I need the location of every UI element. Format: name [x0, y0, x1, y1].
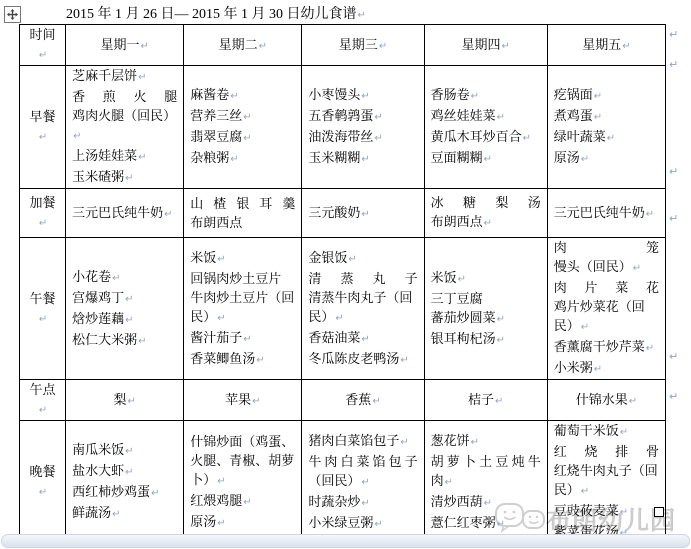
- dish-text: 慢头（回民）: [554, 259, 632, 274]
- menu-cell[interactable]: 芝麻千层饼↵香煎火腿鸡肉火腿（回民）↵上汤娃娃菜↵玉米碴粥↵: [66, 66, 184, 189]
- dish-line: 鸡丝娃娃菜↵: [431, 106, 541, 127]
- paragraph-mark: ↵: [619, 427, 628, 438]
- paragraph-mark: ↵: [38, 132, 47, 143]
- paragraph-mark: ↵: [621, 41, 630, 52]
- paragraph-mark: ↵: [242, 334, 251, 345]
- dish-line: 回锅肉炒土豆片: [190, 269, 295, 288]
- paragraph-mark: ↵: [38, 218, 47, 229]
- paragraph-mark: ↵: [483, 498, 492, 509]
- dish-text: 疙锅面: [554, 87, 593, 102]
- dish-text: （回民）: [308, 473, 360, 488]
- dish-line: 星期五↵: [554, 35, 659, 56]
- page-title: 2015 年 1 月 26 日— 2015 年 1 月 30 日幼儿食谱: [66, 7, 357, 22]
- paragraph-mark: ↵: [347, 254, 356, 265]
- dish-line: 什锦水果↵: [554, 390, 659, 411]
- dish-text: 原汤: [190, 514, 216, 529]
- paragraph-mark: ↵: [124, 446, 133, 457]
- dish-line: 杂粮粥↵: [190, 148, 295, 169]
- paragraph-mark: ↵: [38, 50, 47, 61]
- paragraph-mark: ↵: [371, 396, 380, 407]
- paragraph-mark: ↵: [360, 154, 369, 165]
- dish-line: 星期四↵: [431, 35, 541, 56]
- paragraph-mark: ↵: [150, 488, 159, 499]
- dish-text: 早餐: [30, 109, 56, 124]
- dish-line: 胡萝卜土豆炖牛: [431, 452, 541, 471]
- paragraph-mark: ↵: [251, 396, 260, 407]
- dish-text: 翡翠豆腐: [190, 129, 242, 144]
- dish-text: 星期四: [461, 37, 500, 52]
- menu-cell[interactable]: 米饭↵回锅肉炒土豆片牛肉炒土豆片（回民）↵酱汁茄子↵香菜鲫鱼汤↵: [184, 238, 302, 380]
- dish-text: 苹果: [225, 392, 251, 407]
- dish-text: 杂粮粥: [190, 150, 229, 165]
- dish-line: 猪肉白菜馅包子↵: [308, 431, 417, 452]
- dish-line: 鸡片炒菜花（回: [554, 297, 659, 316]
- dish-text: 时间: [30, 27, 56, 42]
- dish-line: 香蕉↵: [308, 390, 417, 411]
- dish-line: 西红柿炒鸡蛋↵: [72, 482, 177, 503]
- dish-text: 盐水大虾: [72, 463, 124, 478]
- dish-line: 薏仁红枣粥↵: [431, 513, 541, 534]
- dish-line: 三元巴氏纯牛奶↵: [554, 203, 659, 224]
- dish-text: 香蕉: [345, 392, 371, 407]
- dish-text: 米饭: [431, 270, 457, 285]
- dish-text: 三元巴氏纯牛奶: [72, 205, 163, 220]
- dish-text: 玉米碴粥: [72, 169, 124, 184]
- dish-line: 小米粥↵: [554, 358, 659, 379]
- document-page: 2015 年 1 月 26 日— 2015 年 1 月 30 日幼儿食谱↵ 时间…: [0, 0, 691, 549]
- dish-text: 肉片菜花: [554, 280, 659, 295]
- paragraph-mark: ↵: [38, 487, 47, 498]
- dish-text: 什锦炒面（鸡蛋、: [190, 434, 294, 449]
- paragraph-mark: ↵: [357, 10, 366, 21]
- dish-line: 五香鹌鹑蛋↵: [308, 106, 417, 127]
- dish-text: 什锦水果: [576, 392, 628, 407]
- dish-text: 星期二: [219, 37, 258, 52]
- dish-text: 牛肉白菜馅包子: [308, 454, 417, 469]
- dish-line: 小枣馒头↵: [308, 85, 417, 106]
- paragraph-mark: ↵: [360, 477, 369, 488]
- dish-text: 三元酸奶: [308, 205, 360, 220]
- dish-line: 牛肉白菜馅包子: [308, 452, 417, 471]
- dish-line: 山楂银耳羹: [190, 194, 295, 213]
- menu-cell[interactable]: 小枣馒头↵五香鹌鹑蛋↵油泼海带丝↵玉米糊糊↵: [302, 66, 424, 189]
- meal-label[interactable]: 加餐↵: [20, 189, 66, 238]
- dish-line: 宫爆鸡丁↵: [72, 288, 177, 309]
- dish-text: 猪肉白菜馅包子: [308, 433, 399, 448]
- dish-line: 松仁大米粥↵: [72, 330, 177, 351]
- day-header[interactable]: 星期一↵: [66, 25, 184, 66]
- paragraph-mark: ↵: [216, 313, 225, 324]
- paragraph-mark: ↵: [38, 405, 47, 416]
- dish-line: 原汤↵: [190, 512, 295, 533]
- menu-cell[interactable]: 葡萄干米饭↵红烧排骨红烧牛肉丸子（回民）↵豆豉莜麦菜↵紫菜蛋花汤↵: [547, 421, 665, 544]
- paragraph-mark: ↵: [494, 396, 503, 407]
- dish-line: 蕃茄炒圆菜↵: [431, 308, 541, 329]
- menu-cell[interactable]: 金银饭↵清蒸丸子清蒸牛肉丸子（回民）↵香菇油菜↵冬瓜陈皮老鸭汤↵: [302, 238, 424, 380]
- menu-table-body: 时间↵星期一↵星期二↵星期三↵星期四↵星期五↵早餐↵芝麻千层饼↵香煎火腿鸡肉火腿…: [20, 25, 666, 544]
- dish-text: 回锅肉炒土豆片: [190, 271, 281, 286]
- dish-line: 葡萄干米饭↵: [554, 421, 659, 442]
- dish-line: 民）↵: [308, 307, 417, 328]
- paragraph-mark: ↵: [111, 273, 120, 284]
- dish-line: 香菜鲫鱼汤↵: [190, 349, 295, 370]
- dish-text: 梨: [113, 392, 126, 407]
- dish-line: 香菇油菜↵: [308, 328, 417, 349]
- dish-line: 红煨鸡腿↵: [190, 491, 295, 512]
- dish-text: 牛肉炒土豆片（回: [190, 290, 294, 305]
- table-move-handle[interactable]: [4, 6, 21, 23]
- dish-line: （回民）↵: [308, 471, 417, 492]
- paragraph-mark: ↵: [483, 218, 492, 229]
- time-header[interactable]: 时间↵: [20, 25, 66, 66]
- document-title-line: 2015 年 1 月 26 日— 2015 年 1 月 30 日幼儿食谱↵: [66, 3, 366, 23]
- dish-line: 芝麻千层饼↵: [72, 66, 177, 87]
- row-end-mark: ↵: [669, 212, 678, 225]
- dish-text: 午点: [30, 382, 56, 397]
- dish-line: 肉↵: [431, 471, 541, 492]
- dish-text: 民）: [554, 482, 580, 497]
- dish-line: 豆面糊糊↵: [431, 148, 541, 169]
- dish-text: 肉笼: [554, 240, 659, 255]
- dish-text: 肉: [431, 473, 444, 488]
- dish-line: 银耳枸杞汤↵: [431, 329, 541, 350]
- dish-text: 时蔬杂炒: [308, 494, 360, 509]
- dish-text: 红烧排骨: [554, 444, 659, 459]
- dish-text: 鸡片炒菜花（回: [554, 299, 645, 314]
- dish-line: 时蔬杂炒↵: [308, 492, 417, 513]
- menu-cell[interactable]: 梨↵: [66, 380, 184, 421]
- dish-line: 三丁豆腐: [431, 289, 541, 308]
- dish-text: 原汤: [554, 150, 580, 165]
- menu-cell[interactable]: 葱花饼↵胡萝卜土豆炖牛肉↵清炒西葫↵薏仁红枣粥↵: [424, 421, 547, 544]
- dish-line: 晚餐↵: [26, 462, 59, 502]
- dish-line: 南瓜米饭↵: [72, 440, 177, 461]
- dish-text: 三丁豆腐: [431, 291, 483, 306]
- dish-line: 玉米碴粥↵: [72, 167, 177, 188]
- dish-line: 米饭↵: [190, 248, 295, 269]
- paragraph-mark: ↵: [373, 112, 382, 123]
- dish-line: 疙锅面↵: [554, 85, 659, 106]
- dish-text: 胡萝卜土豆炖牛: [431, 454, 541, 469]
- dish-text: 加餐: [30, 195, 56, 210]
- dish-line: 酱汁茄子↵: [190, 328, 295, 349]
- dish-line: 民）↵: [554, 480, 659, 501]
- menu-cell[interactable]: 三元酸奶↵: [302, 189, 424, 238]
- dish-line: 加餐↵: [26, 193, 59, 233]
- paragraph-mark: ↵: [496, 335, 505, 346]
- dish-text: 蕃茄炒圆菜: [431, 310, 496, 325]
- dish-text: 桔子: [468, 392, 494, 407]
- dish-text: 酱汁茄子: [190, 330, 242, 345]
- dish-line: 翡翠豆腐↵: [190, 127, 295, 148]
- day-header[interactable]: 星期二↵: [184, 25, 302, 66]
- paragraph-mark: ↵: [242, 497, 251, 508]
- paragraph-mark: ↵: [645, 209, 654, 220]
- paragraph-mark: ↵: [360, 91, 369, 102]
- dish-line: 布朗西点↵: [431, 212, 541, 233]
- paragraph-mark: ↵: [360, 209, 369, 220]
- dish-line: 盐水大虾↵: [72, 461, 177, 482]
- dish-text: 布朗西点: [190, 215, 242, 230]
- meal-label[interactable]: 午餐↵: [20, 238, 66, 380]
- menu-table: 时间↵星期一↵星期二↵星期三↵星期四↵星期五↵早餐↵芝麻千层饼↵香煎火腿鸡肉火腿…: [19, 24, 666, 544]
- dish-text: 五香鹌鹑蛋: [308, 108, 373, 123]
- dish-text: 民）: [308, 309, 334, 324]
- paragraph-mark: ↵: [111, 509, 120, 520]
- dish-line: 清蒸牛肉丸子（回: [308, 288, 417, 307]
- dish-text: 香肠卷: [431, 87, 470, 102]
- dish-text: 豆面糊糊: [431, 150, 483, 165]
- paragraph-mark: ↵: [470, 91, 479, 102]
- dish-line: 油泼海带丝↵: [308, 127, 417, 148]
- paragraph-mark: ↵: [593, 112, 602, 123]
- table-resize-handle[interactable]: [654, 507, 664, 517]
- dish-text: 南瓜米饭: [72, 442, 124, 457]
- paragraph-mark: ↵: [124, 467, 133, 478]
- day-header[interactable]: 星期三↵: [302, 25, 424, 66]
- dish-text: 薏仁红枣粥: [431, 515, 496, 530]
- dish-text: 三元巴氏纯牛奶: [554, 205, 645, 220]
- menu-cell[interactable]: 冰糖梨汤布朗西点↵: [424, 189, 547, 238]
- menu-cell[interactable]: 麻酱卷↵营养三丝↵翡翠豆腐↵杂粮粥↵: [184, 66, 302, 189]
- meal-label[interactable]: 午点↵: [20, 380, 66, 421]
- paragraph-mark: ↵: [229, 154, 238, 165]
- dish-text: 红煨鸡腿: [190, 493, 242, 508]
- paragraph-mark: ↵: [593, 91, 602, 102]
- dish-text: 民）: [190, 309, 216, 324]
- dish-line: 香煎火腿: [72, 87, 177, 106]
- dish-text: 小花卷: [72, 269, 111, 284]
- paragraph-mark: ↵: [399, 437, 408, 448]
- paragraph-mark: ↵: [137, 336, 146, 347]
- dish-text: 星期一: [100, 37, 139, 52]
- dish-line: 肉片菜花: [554, 278, 659, 297]
- paragraph-mark: ↵: [378, 41, 387, 52]
- dish-line: 什锦炒面（鸡蛋、: [190, 432, 295, 451]
- menu-cell[interactable]: 山楂银耳羹布朗西点: [184, 189, 302, 238]
- row-end-mark: ↵: [669, 165, 678, 178]
- dish-line: 清蒸丸子: [308, 269, 417, 288]
- menu-cell[interactable]: 猪肉白菜馅包子↵牛肉白菜馅包子（回民）↵时蔬杂炒↵小米绿豆粥↵: [302, 421, 424, 544]
- menu-cell[interactable]: 小花卷↵宫爆鸡丁↵焓炒莲藕↵松仁大米粥↵: [66, 238, 184, 380]
- paragraph-mark: ↵: [373, 519, 382, 530]
- paragraph-mark: ↵: [38, 314, 47, 325]
- paragraph-mark: ↵: [229, 91, 238, 102]
- menu-cell[interactable]: 香肠卷↵鸡丝娃娃菜↵黄瓜木耳炒百合↵豆面糊糊↵: [424, 66, 547, 189]
- paragraph-mark: ↵: [373, 133, 382, 144]
- dish-text: 香菜鲫鱼汤: [190, 351, 255, 366]
- dish-text: 布朗西点: [431, 214, 483, 229]
- dish-line: 红烧排骨: [554, 442, 659, 461]
- paragraph-mark: ↵: [216, 254, 225, 265]
- paragraph-mark: ↵: [522, 133, 531, 144]
- dish-line: 火腿、青椒、胡萝: [190, 451, 295, 470]
- dish-line: 鲜蔬汤↵: [72, 503, 177, 524]
- dish-line: 早餐↵: [26, 107, 59, 147]
- dish-text: 黄瓜木耳炒百合: [431, 129, 522, 144]
- dish-line: 小米绿豆粥↵: [308, 513, 417, 534]
- move-cross-icon: [7, 9, 18, 20]
- dish-line: 布朗西点: [190, 213, 295, 232]
- paragraph-mark: ↵: [593, 364, 602, 375]
- dish-text: 晚餐: [30, 464, 56, 479]
- horizontal-scrollbar[interactable]: [1, 534, 690, 548]
- dish-line: 鸡肉火腿（回民）↵: [72, 106, 177, 146]
- paragraph-mark: ↵: [124, 173, 133, 184]
- day-header[interactable]: 星期四↵: [424, 25, 547, 66]
- menu-cell[interactable]: 香蕉↵: [302, 380, 424, 421]
- dish-line: 民）↵: [554, 316, 659, 337]
- dish-text: 宫爆鸡丁: [72, 290, 124, 305]
- dish-text: 米饭: [190, 250, 216, 265]
- meal-label[interactable]: 早餐↵: [20, 66, 66, 189]
- dish-text: 鸡丝娃娃菜: [431, 108, 496, 123]
- dish-line: 星期二↵: [190, 35, 295, 56]
- dish-text: 芝麻千层饼: [72, 68, 137, 83]
- dish-text: 清蒸丸子: [308, 271, 417, 286]
- dish-line: 清炒西葫↵: [431, 492, 541, 513]
- menu-cell[interactable]: 肉笼慢头（回民）↵肉片菜花鸡片炒菜花（回民）↵香薰腐干炒芹菜↵小米粥↵: [547, 238, 665, 380]
- dish-line: 桔子↵: [431, 390, 541, 411]
- dish-text: 银耳枸杞汤: [431, 331, 496, 346]
- dish-line: 卜）↵: [190, 470, 295, 491]
- dish-line: 小花卷↵: [72, 267, 177, 288]
- dish-line: 香薰腐干炒芹菜↵: [554, 337, 659, 358]
- paragraph-mark: ↵: [124, 294, 133, 305]
- dish-text: 上汤娃娃菜: [72, 148, 137, 163]
- paragraph-mark: ↵: [258, 41, 267, 52]
- paragraph-mark: ↵: [216, 518, 225, 529]
- dish-line: 时间↵: [26, 25, 59, 65]
- dish-line: 金银饭↵: [308, 248, 417, 269]
- dish-line: 梨↵: [72, 390, 177, 411]
- dish-line: 豆豉莜麦菜↵: [554, 501, 659, 522]
- dish-line: 星期一↵: [72, 35, 177, 56]
- paragraph-mark: ↵: [334, 313, 343, 324]
- paragraph-mark: ↵: [632, 263, 641, 274]
- dish-line: 慢头（回民）↵: [554, 257, 659, 278]
- dish-text: 香菇油菜: [308, 330, 360, 345]
- dish-line: 上汤娃娃菜↵: [72, 146, 177, 167]
- dish-text: 鸡肉火腿（回民）: [72, 108, 176, 123]
- dish-line: 三元酸奶↵: [308, 203, 417, 224]
- dish-text: 红烧牛肉丸子（回: [554, 463, 658, 478]
- dish-text: 葡萄干米饭: [554, 423, 619, 438]
- dish-text: 火腿、青椒、胡萝: [190, 453, 294, 468]
- menu-cell[interactable]: 米饭↵三丁豆腐蕃茄炒圆菜↵银耳枸杞汤↵: [424, 238, 547, 380]
- paragraph-mark: ↵: [126, 396, 135, 407]
- dish-text: 清炒西葫: [431, 494, 483, 509]
- dish-line: 玉米糊糊↵: [308, 148, 417, 169]
- dish-text: 山楂银耳羹: [190, 196, 295, 211]
- row-end-mark: ↵: [669, 350, 678, 363]
- meal-label[interactable]: 晚餐↵: [20, 421, 66, 544]
- dish-text: 鲜蔬汤: [72, 505, 111, 520]
- dish-text: 香薰腐干炒芹菜: [554, 339, 645, 354]
- row-end-mark: ↵: [669, 28, 678, 41]
- day-header[interactable]: 星期五↵: [547, 25, 665, 66]
- paragraph-mark: ↵: [496, 112, 505, 123]
- menu-cell[interactable]: 什锦水果↵: [547, 380, 665, 421]
- menu-cell[interactable]: 疙锅面↵煮鸡蛋↵绿叶蔬菜↵原汤↵: [547, 66, 665, 189]
- paragraph-mark: ↵: [496, 314, 505, 325]
- row-end-mark: ↵: [669, 390, 678, 403]
- paragraph-mark: ↵: [580, 154, 589, 165]
- paragraph-mark: ↵: [163, 209, 172, 220]
- dish-line: 肉笼: [554, 238, 659, 257]
- paragraph-mark: ↵: [360, 334, 369, 345]
- dish-line: 煮鸡蛋↵: [554, 106, 659, 127]
- dish-line: 民）↵: [190, 307, 295, 328]
- dish-line: 葱花饼↵: [431, 431, 541, 452]
- dish-text: 卜）: [190, 472, 216, 487]
- dish-text: 冬瓜陈皮老鸭汤: [308, 351, 399, 366]
- menu-cell[interactable]: 三元巴氏纯牛奶↵: [66, 189, 184, 238]
- paragraph-mark: ↵: [444, 477, 453, 488]
- paragraph-mark: ↵: [216, 476, 225, 487]
- dish-text: 清蒸牛肉丸子（回: [308, 290, 412, 305]
- dish-line: 午餐↵: [26, 289, 59, 329]
- menu-cell[interactable]: 苹果↵: [184, 380, 302, 421]
- menu-cell[interactable]: 三元巴氏纯牛奶↵: [547, 189, 665, 238]
- paragraph-mark: ↵: [606, 133, 615, 144]
- dish-line: 香肠卷↵: [431, 85, 541, 106]
- menu-cell[interactable]: 什锦炒面（鸡蛋、火腿、青椒、胡萝卜）↵红煨鸡腿↵原汤↵: [184, 421, 302, 544]
- paragraph-mark: ↵: [139, 41, 148, 52]
- dish-text: 星期三: [339, 37, 378, 52]
- menu-cell[interactable]: 南瓜米饭↵盐水大虾↵西红柿炒鸡蛋↵鲜蔬汤↵: [66, 421, 184, 544]
- dish-text: 小米粥: [554, 360, 593, 375]
- dish-text: 松仁大米粥: [72, 332, 137, 347]
- paragraph-mark: ↵: [628, 396, 637, 407]
- dish-line: 冬瓜陈皮老鸭汤↵: [308, 349, 417, 370]
- dish-text: 小枣馒头: [308, 87, 360, 102]
- dish-text: 民）: [554, 318, 580, 333]
- dish-text: 麻酱卷: [190, 87, 229, 102]
- dish-text: 玉米糊糊: [308, 150, 360, 165]
- dish-line: 午点↵: [26, 380, 59, 420]
- paragraph-mark: ↵: [580, 486, 589, 497]
- dish-text: 星期五: [582, 37, 621, 52]
- dish-text: 小米绿豆粥: [308, 515, 373, 530]
- dish-text: 午餐: [30, 291, 56, 306]
- paragraph-mark: ↵: [619, 507, 628, 518]
- dish-text: 葱花饼: [431, 433, 470, 448]
- paragraph-mark: ↵: [483, 154, 492, 165]
- paragraph-mark: ↵: [501, 41, 510, 52]
- dish-text: 焓炒莲藕: [72, 311, 124, 326]
- dish-line: 米饭↵: [431, 268, 541, 289]
- paragraph-mark: ↵: [124, 315, 133, 326]
- dish-line: 冰糖梨汤: [431, 193, 541, 212]
- paragraph-mark: ↵: [496, 519, 505, 530]
- dish-line: 绿叶蔬菜↵: [554, 127, 659, 148]
- dish-line: 三元巴氏纯牛奶↵: [72, 203, 177, 224]
- dish-line: 红烧牛肉丸子（回: [554, 461, 659, 480]
- dish-text: 绿叶蔬菜: [554, 129, 606, 144]
- dish-text: 金银饭: [308, 250, 347, 265]
- dish-text: 煮鸡蛋: [554, 108, 593, 123]
- dish-text: 营养三丝: [190, 108, 242, 123]
- menu-cell[interactable]: 桔子↵: [424, 380, 547, 421]
- paragraph-mark: ↵: [137, 72, 146, 83]
- dish-text: 西红柿炒鸡蛋: [72, 484, 150, 499]
- dish-line: 焓炒莲藕↵: [72, 309, 177, 330]
- paragraph-mark: ↵: [457, 274, 466, 285]
- dish-line: 苹果↵: [190, 390, 295, 411]
- paragraph-mark: ↵: [242, 133, 251, 144]
- paragraph-mark: ↵: [645, 343, 654, 354]
